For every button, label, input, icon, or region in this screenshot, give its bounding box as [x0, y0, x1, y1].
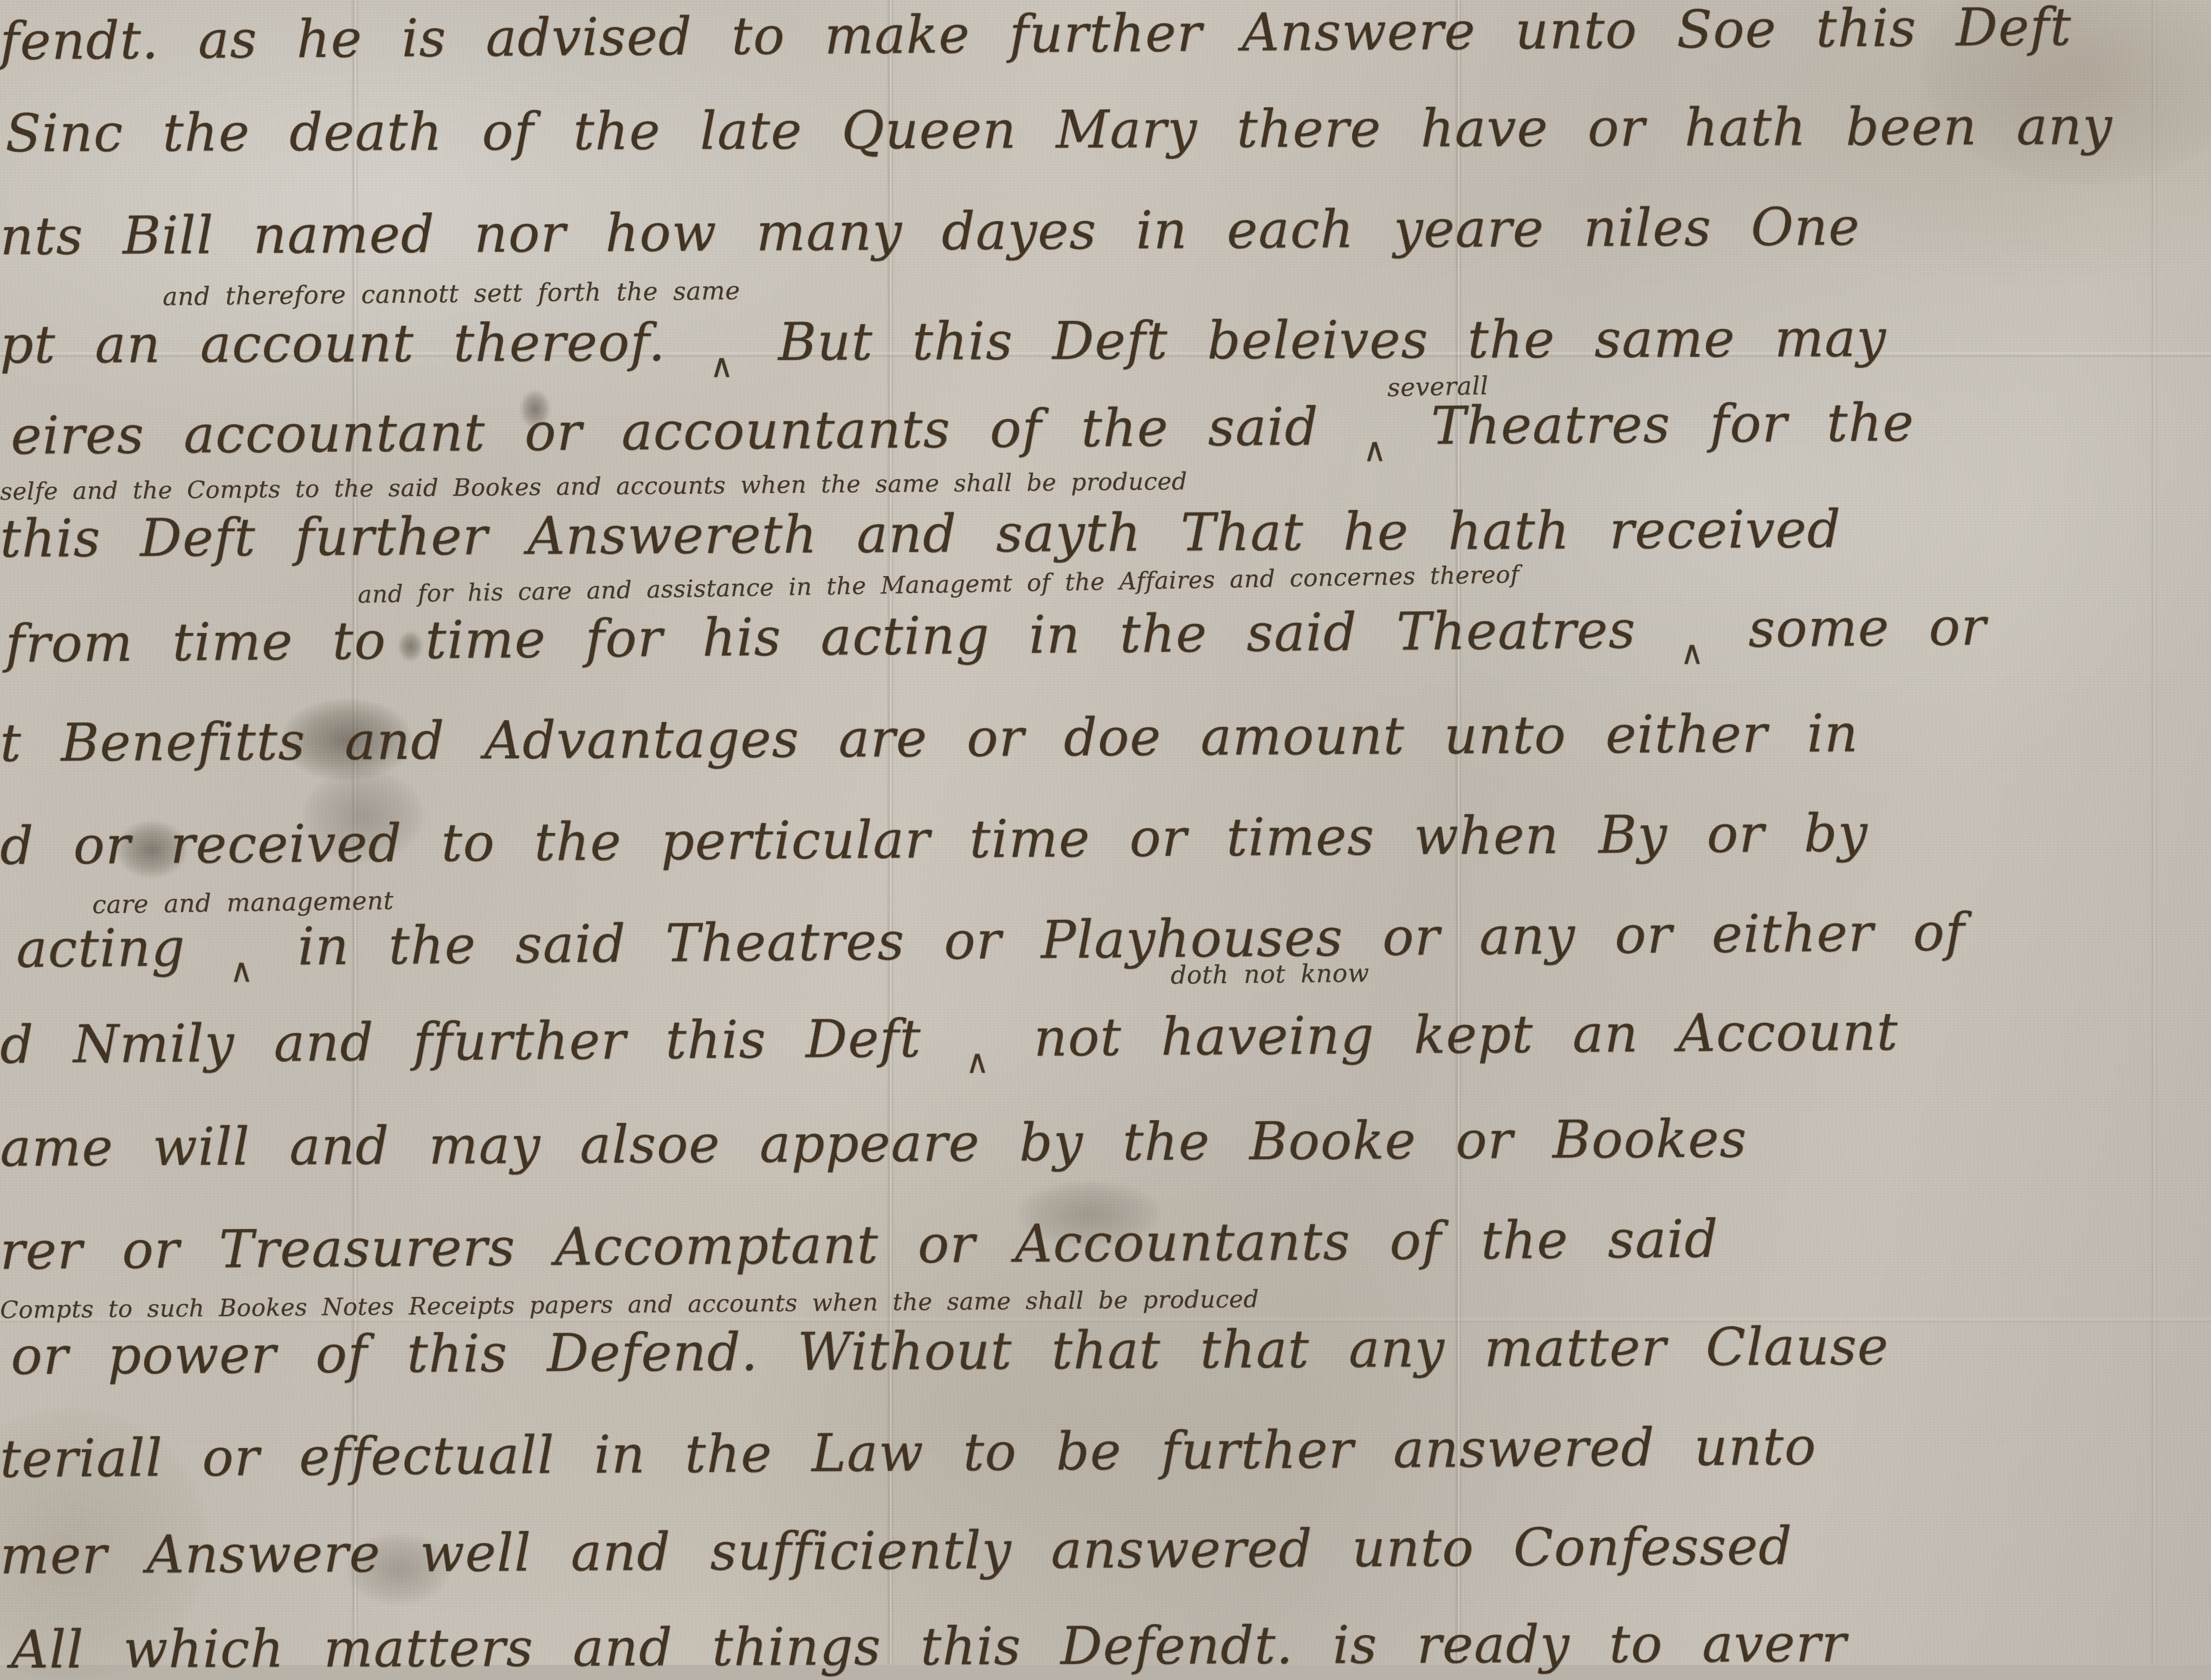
interlinear-insertion: care and management [92, 886, 394, 919]
manuscript-line: from time to time for his acting in the … [5, 596, 1987, 687]
manuscript-text-layer: fendt. as he is advised to make further … [0, 0, 2211, 1665]
manuscript-line: mer Answere well and sufficiently answer… [0, 1516, 1793, 1586]
manuscript-line: teriall or effectuall in the Law to be f… [0, 1416, 1816, 1489]
interlinear-insertion: Compts to such Bookes Notes Receipts pap… [0, 1285, 1259, 1324]
manuscript-line: nts Bill named nor how many dayes in eac… [0, 196, 1860, 267]
manuscript-line: d Nmily and ffurther this Deft ∧ not hav… [0, 1001, 1898, 1088]
insertion-caret-mark: ∧ [965, 1043, 990, 1081]
manuscript-line: All which matters and things this Defend… [11, 1613, 1847, 1665]
interlinear-insertion: doth not know [1171, 958, 1369, 990]
insertion-caret-mark: ∧ [710, 347, 734, 385]
manuscript-line: fendt. as he is advised to make further … [0, 0, 2072, 72]
insertion-caret-mark: ∧ [229, 952, 254, 990]
manuscript-line: d or received to the perticular time or … [0, 803, 1868, 876]
insertion-caret-mark: ∧ [1680, 635, 1705, 672]
insertion-caret-mark: ∧ [1363, 431, 1387, 469]
parchment-page: fendt. as he is advised to make further … [0, 0, 2211, 1665]
manuscript-line: or power of this Defend. Without that th… [11, 1316, 1889, 1386]
manuscript-line: ame will and may alsoe appeare by the Bo… [0, 1108, 1747, 1178]
manuscript-line: eires accountant or accountants of the s… [11, 392, 1915, 478]
manuscript-line: pt an account thereof. ∧ But this Deft b… [0, 308, 1887, 387]
manuscript-line: t Benefitts and Advantages are or doe am… [0, 703, 1859, 773]
manuscript-line: rer or Treasurers Accomptant or Accounta… [0, 1209, 1718, 1281]
manuscript-line: this Deft further Answereth and sayth Th… [0, 499, 1841, 569]
interlinear-insertion: and therefore cannott sett forth the sam… [163, 276, 740, 311]
manuscript-line: Sinc the death of the late Queen Mary th… [5, 95, 2113, 164]
